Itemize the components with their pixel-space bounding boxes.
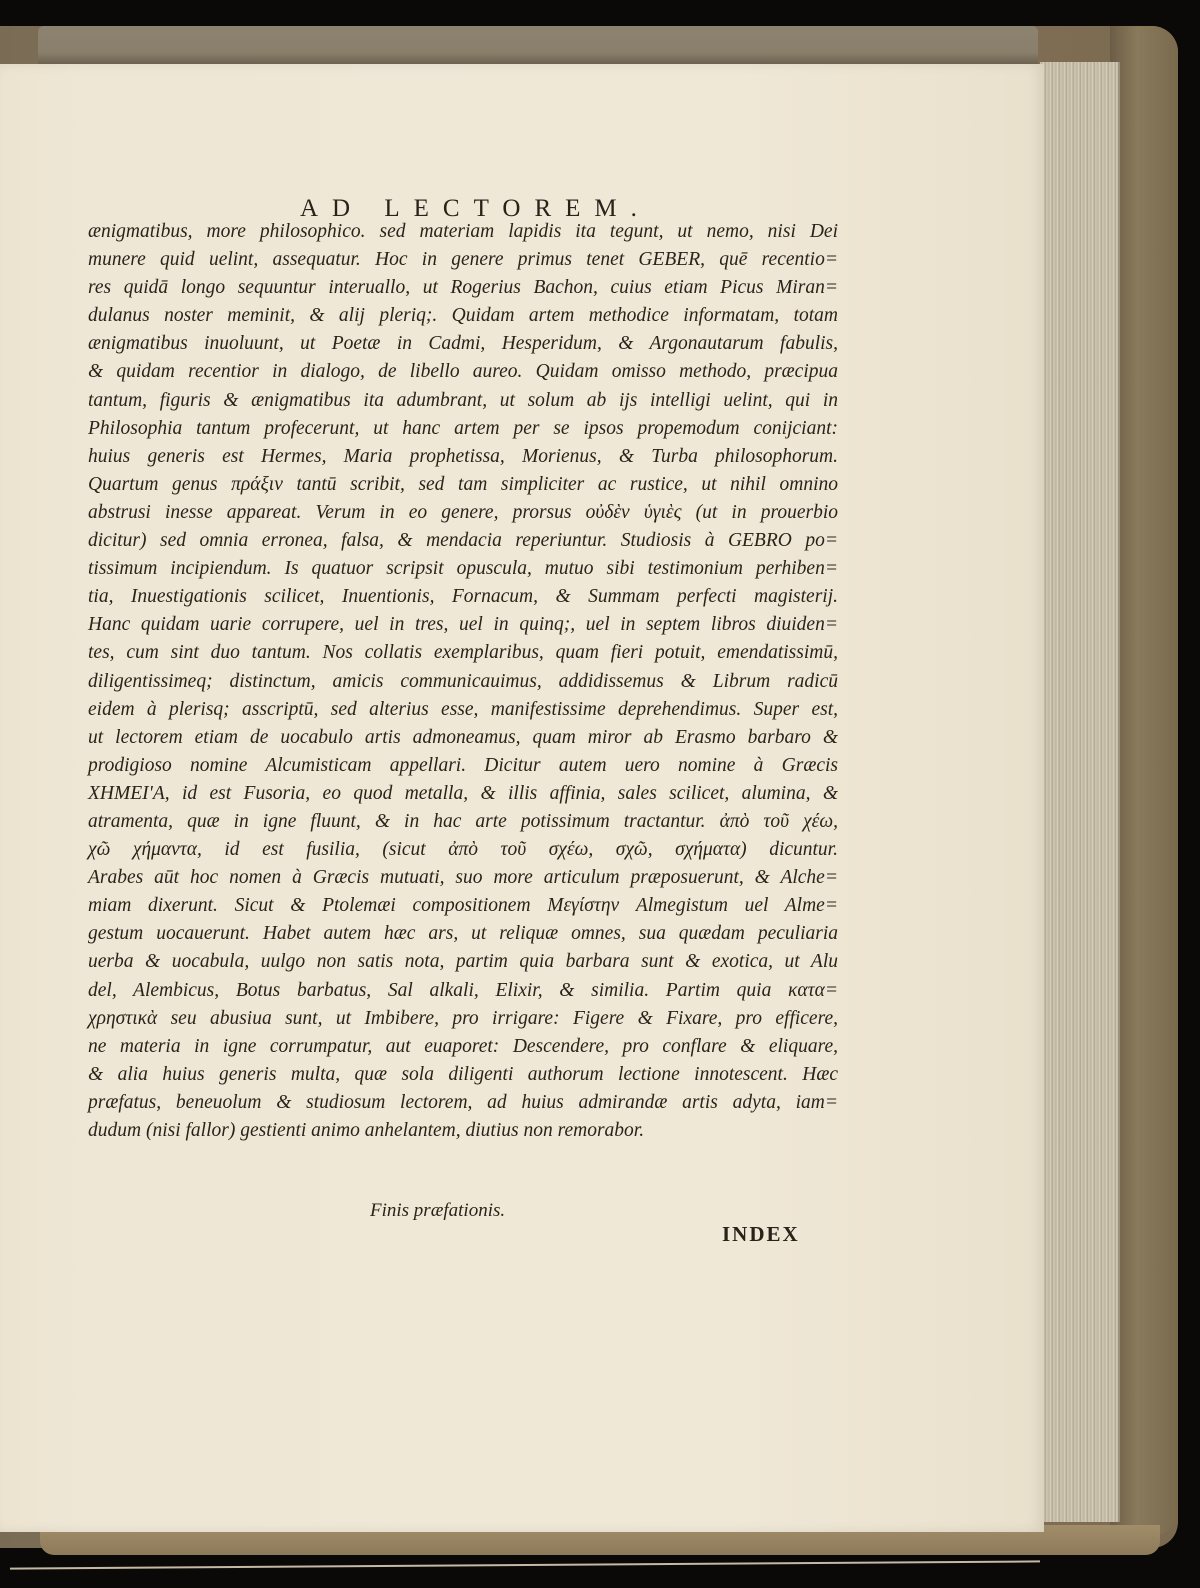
text-line: munere quid uelint, assequatur. Hoc in g… [88,246,838,274]
text-line: huius generis est Hermes, Maria propheti… [88,443,838,471]
text-line: præfatus, beneuolum & studiosum lectorem… [88,1089,838,1117]
text-line: ænigmatibus, more philosophico. sed mate… [88,218,838,246]
text-line: Arabes aūt hoc nomen à Græcis mutuati, s… [88,864,838,892]
text-line: tissimum incipiendum. Is quatuor scripsi… [88,555,838,583]
text-line: tia, Inuestigationis scilicet, Inuention… [88,583,838,611]
body-text: ænigmatibus, more philosophico. sed mate… [88,218,838,1145]
text-line: & quidam recentior in dialogo, de libell… [88,358,838,386]
text-line: dicitur) sed omnia erronea, falsa, & men… [88,527,838,555]
page-edges-stack [1040,62,1120,1522]
book-cover-fore-edge [1110,26,1178,1536]
text-line: gestum uocauerunt. Habet autem hæc ars, … [88,920,838,948]
text-line: prodigioso nomine Alcumisticam appellari… [88,752,838,780]
text-line: Quartum genus πράξιν tantū scribit, sed … [88,471,838,499]
catchword: INDEX [722,1222,800,1247]
text-line: miam dixerunt. Sicut & Ptolemæi composit… [88,892,838,920]
text-line: χῶ χήμαντα, id est fusilia, (sicut ἀπὸ τ… [88,836,838,864]
text-line: atramenta, quæ in igne fluunt, & in hac … [88,808,838,836]
text-line: Hanc quidam uarie corrupere, uel in tres… [88,611,838,639]
text-line: res quidā longo sequuntur interuallo, ut… [88,274,838,302]
text-line: ut lectorem etiam de uocabulo artis admo… [88,724,838,752]
text-line: ne materia in igne corrumpatur, aut euap… [88,1033,838,1061]
finis-line: Finis præfationis. [370,1200,505,1222]
text-line: ΧΗΜΕΙ'Α, id est Fusoria, eo quod metalla… [88,780,838,808]
text-line: Philosophia tantum profecerunt, ut hanc … [88,415,838,443]
text-line: uerba & uocabula, uulgo non satis nota, … [88,948,838,976]
text-line: χρηστικὰ seu abusiua sunt, ut Imbibere, … [88,1005,838,1033]
text-line: del, Alembicus, Botus barbatus, Sal alka… [88,977,838,1005]
text-line: ænigmatibus inuoluunt, ut Poetæ in Cadmi… [88,330,838,358]
text-line: dudum (nisi fallor) gestienti animo anhe… [88,1117,838,1145]
text-line: tes, cum sint duo tantum. Nos collatis e… [88,639,838,667]
text-line: dulanus noster meminit, & alij pleriq;. … [88,302,838,330]
text-line: & alia huius generis multa, quæ sola dil… [88,1061,838,1089]
text-line: diligentissimeq; distinctum, amicis comm… [88,668,838,696]
page-fold-line [10,1560,1040,1569]
text-line: abstrusi inesse appareat. Verum in eo ge… [88,499,838,527]
text-line: tantum, figuris & ænigmatibus ita adumbr… [88,387,838,415]
text-line: eidem à plerisq; asscriptū, sed alterius… [88,696,838,724]
